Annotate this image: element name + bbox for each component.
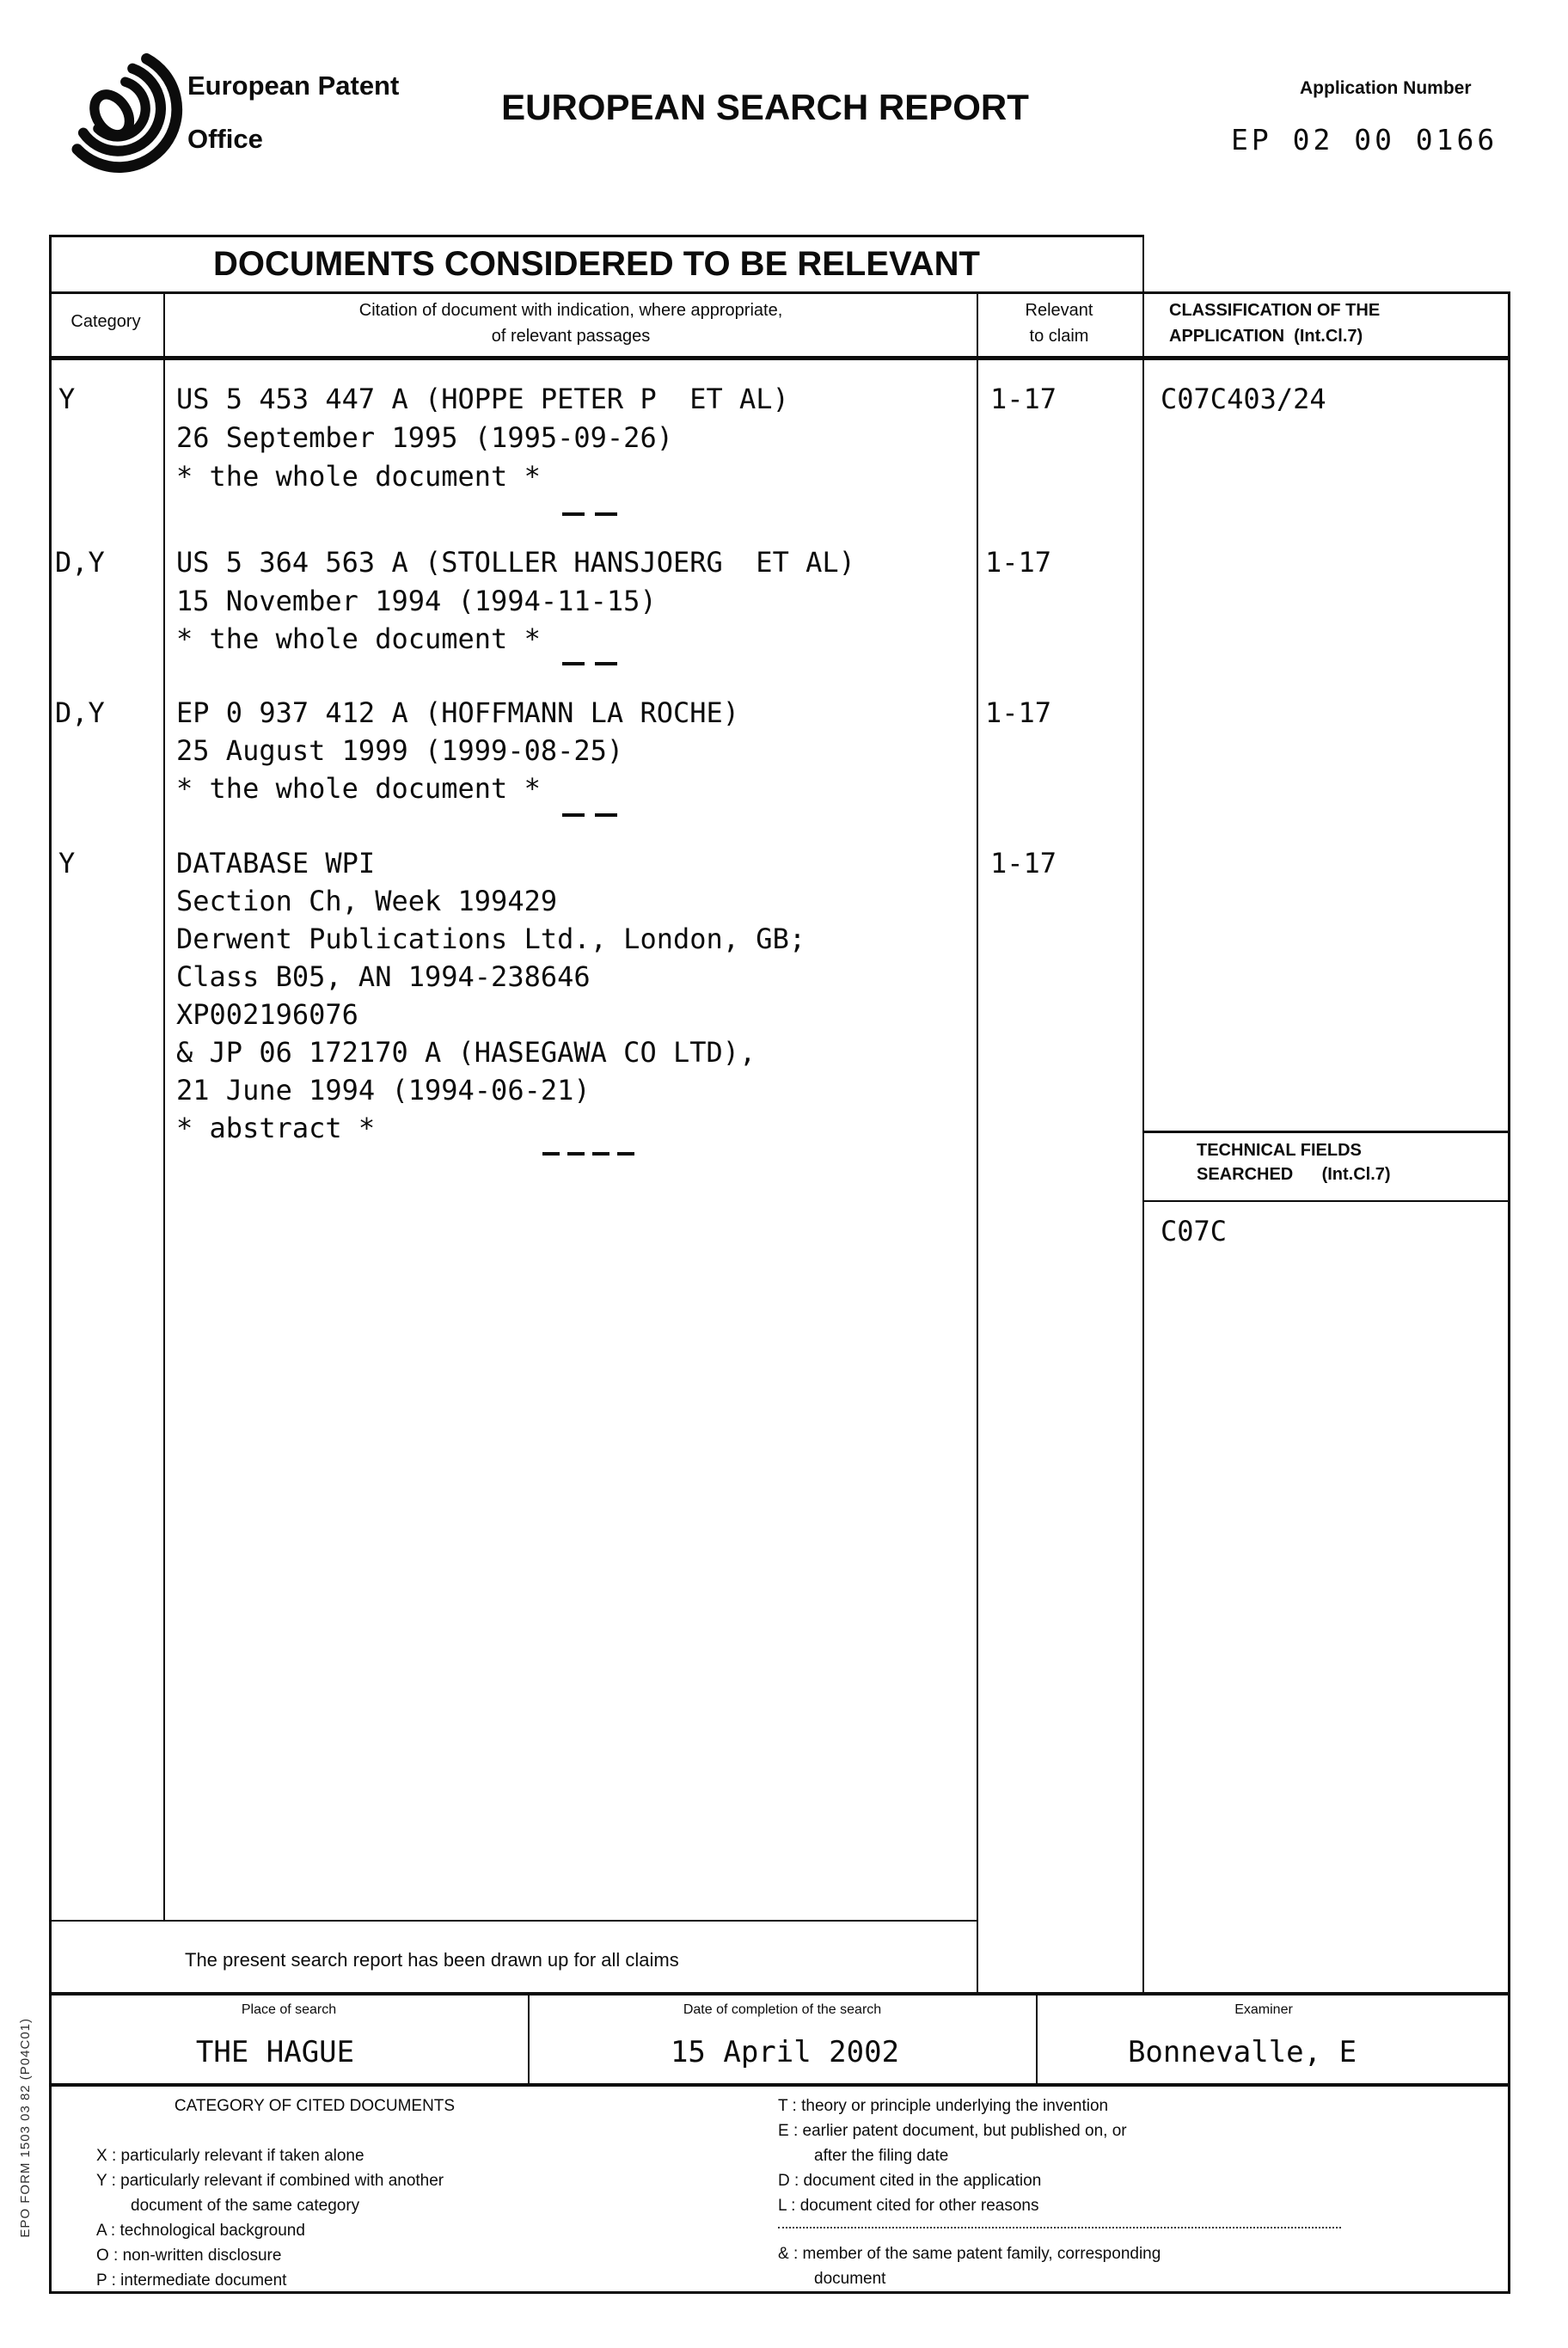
citation-line: & JP 06 172170 A (HASEGAWA CO LTD), bbox=[176, 1039, 756, 1068]
application-number-value: EP 02 00 0166 bbox=[1231, 126, 1498, 156]
org-name-line1: European Patent bbox=[187, 72, 399, 101]
row-category: D,Y bbox=[55, 699, 105, 728]
column-header-category: Category bbox=[70, 313, 140, 331]
technical-fields-top-border bbox=[1142, 1131, 1510, 1133]
legend-item-d: D : document cited in the application bbox=[778, 2173, 1041, 2190]
citation-line: US 5 453 447 A (HOPPE PETER P ET AL) bbox=[176, 385, 789, 414]
legend-item-l: L : document cited for other reasons bbox=[778, 2198, 1038, 2215]
drawn-up-note: The present search report has been drawn… bbox=[185, 1950, 679, 1970]
legend-item-a: A : technological background bbox=[96, 2222, 305, 2240]
legend-item-y: Y : particularly relevant if combined wi… bbox=[96, 2173, 444, 2190]
search-report-page: European Patent Office EUROPEAN SEARCH R… bbox=[0, 0, 1568, 2348]
row-separator bbox=[562, 512, 619, 516]
citation-line: 15 November 1994 (1994-11-15) bbox=[176, 587, 657, 616]
examiner-value: Bonnevalle, E bbox=[1128, 2038, 1357, 2069]
category-column-divider bbox=[163, 291, 165, 1920]
form-code: EPO FORM 1503 03 82 (P04C01) bbox=[3, 2003, 33, 2340]
drawn-up-row-top-border bbox=[49, 1920, 978, 1922]
place-of-search-label: Place of search bbox=[242, 2003, 336, 2018]
citation-line: Section Ch, Week 199429 bbox=[176, 887, 557, 917]
legend-item-e: E : earlier patent document, but publish… bbox=[778, 2123, 1127, 2140]
header-row-top-border bbox=[49, 291, 1510, 294]
title-box-top-border bbox=[49, 235, 1144, 237]
examiner-label: Examiner bbox=[1234, 2003, 1293, 2018]
row-category: Y bbox=[58, 385, 75, 414]
completion-date-value: 15 April 2002 bbox=[671, 2038, 899, 2069]
classification-column-divider bbox=[1142, 235, 1144, 1992]
column-header-relevant-line1: Relevant bbox=[1026, 302, 1093, 320]
citation-line: Derwent Publications Ltd., London, GB; bbox=[176, 925, 805, 954]
citation-line: * the whole document * bbox=[176, 463, 541, 492]
completion-date-label: Date of completion of the search bbox=[683, 2003, 881, 2018]
relevant-column-divider bbox=[977, 291, 978, 1992]
legend-item-e-cont: after the filing date bbox=[814, 2148, 948, 2165]
citation-line: 25 August 1999 (1999-08-25) bbox=[176, 737, 623, 766]
application-number-label: Application Number bbox=[1300, 79, 1472, 98]
row-separator bbox=[542, 1152, 642, 1156]
epo-logo-icon bbox=[54, 21, 185, 207]
legend-family-separator bbox=[778, 2227, 1341, 2228]
column-header-classification-line1: CLASSIFICATION OF THE bbox=[1169, 302, 1380, 320]
column-header-citation-line1: Citation of document with indication, wh… bbox=[359, 302, 783, 320]
citation-line: XP002196076 bbox=[176, 1001, 358, 1030]
technical-fields-line1: TECHNICAL FIELDS bbox=[1197, 1142, 1362, 1160]
row-separator bbox=[562, 813, 619, 817]
citation-line: 21 June 1994 (1994-06-21) bbox=[176, 1076, 591, 1106]
legend-item-family-cont: document bbox=[814, 2271, 885, 2288]
column-header-citation-line2: of relevant passages bbox=[492, 328, 651, 346]
citation-line: * the whole document * bbox=[176, 775, 541, 804]
page-title: EUROPEAN SEARCH REPORT bbox=[501, 89, 1029, 126]
relevant-to-claim: 1-17 bbox=[985, 699, 1051, 728]
form-code-text: EPO FORM 1503 03 82 (P04C01) bbox=[19, 2018, 33, 2238]
legend-item-p: P : intermediate document bbox=[96, 2272, 286, 2290]
legend-box-top-border bbox=[49, 2083, 1510, 2087]
column-header-classification-line2: APPLICATION (Int.Cl.7) bbox=[1169, 328, 1363, 346]
table-left-border bbox=[49, 235, 52, 2294]
place-of-search-value: THE HAGUE bbox=[196, 2038, 354, 2069]
citation-line: * abstract * bbox=[176, 1114, 375, 1143]
table-title: DOCUMENTS CONSIDERED TO BE RELEVANT bbox=[213, 246, 980, 282]
legend-item-family: & : member of the same patent family, co… bbox=[778, 2246, 1161, 2263]
technical-fields-value: C07C bbox=[1161, 1217, 1227, 1247]
legend-item-t: T : theory or principle underlying the i… bbox=[778, 2098, 1108, 2115]
legend-title: CATEGORY OF CITED DOCUMENTS bbox=[175, 2098, 455, 2115]
relevant-to-claim: 1-17 bbox=[985, 549, 1051, 578]
header-row-bottom-border bbox=[49, 356, 1510, 360]
legend-item-y-cont: document of the same category bbox=[131, 2198, 359, 2215]
relevant-to-claim: 1-17 bbox=[990, 849, 1057, 879]
table-bottom-border bbox=[49, 2291, 1510, 2294]
org-name-line2: Office bbox=[187, 126, 263, 154]
technical-fields-bottom-border bbox=[1142, 1200, 1510, 1202]
classification-value: C07C403/24 bbox=[1161, 385, 1326, 414]
row-category: Y bbox=[58, 849, 75, 879]
legend-item-x: X : particularly relevant if taken alone bbox=[96, 2148, 364, 2165]
citation-line: * the whole document * bbox=[176, 625, 541, 654]
epo-logo bbox=[39, 7, 185, 225]
citation-line: 26 September 1995 (1995-09-26) bbox=[176, 424, 673, 453]
relevant-to-claim: 1-17 bbox=[990, 385, 1057, 414]
legend-item-o: O : non-written disclosure bbox=[96, 2247, 281, 2265]
citation-line: US 5 364 563 A (STOLLER HANSJOERG ET AL) bbox=[176, 549, 855, 578]
place-date-divider bbox=[528, 1995, 530, 2083]
column-header-relevant-line2: to claim bbox=[1030, 328, 1089, 346]
completion-row-top-border bbox=[49, 1992, 1510, 1995]
technical-fields-line2: SEARCHED (Int.Cl.7) bbox=[1197, 1166, 1391, 1184]
citation-line: EP 0 937 412 A (HOFFMANN LA ROCHE) bbox=[176, 699, 739, 728]
date-examiner-divider bbox=[1036, 1995, 1038, 2083]
row-category: D,Y bbox=[55, 549, 105, 578]
row-separator bbox=[562, 662, 619, 665]
citation-line: Class B05, AN 1994-238646 bbox=[176, 963, 591, 992]
citation-line: DATABASE WPI bbox=[176, 849, 375, 879]
